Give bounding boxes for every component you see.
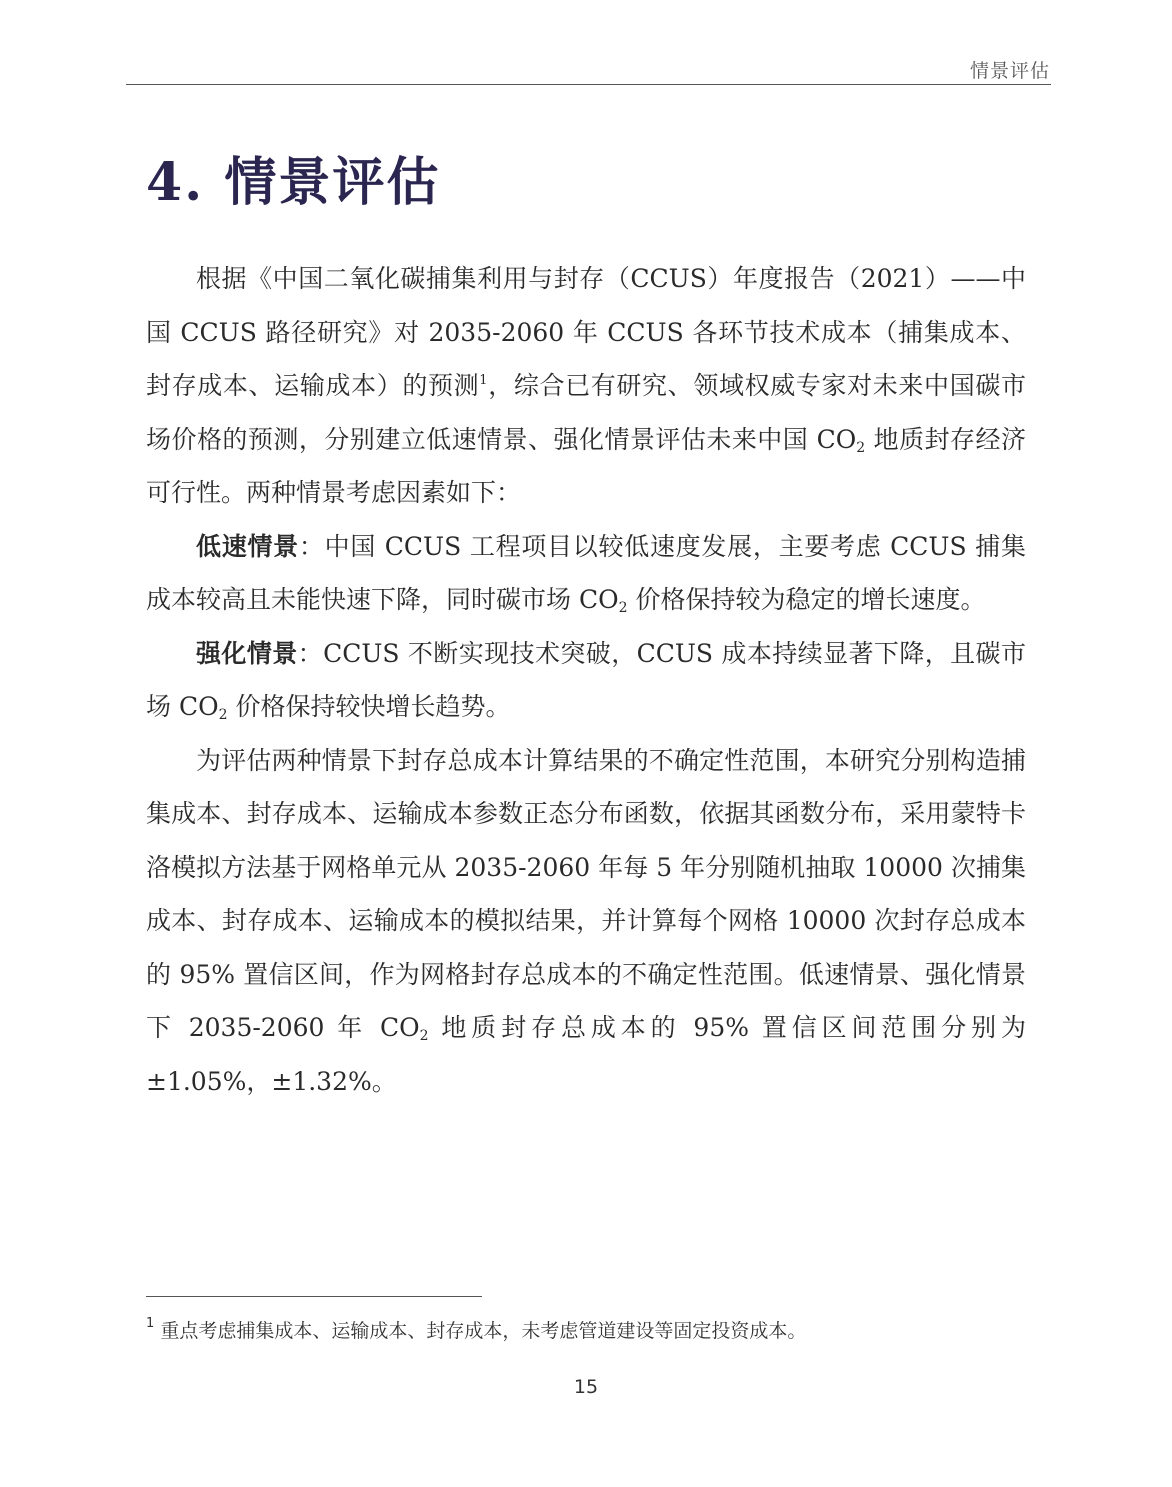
scenario-label: 强化情景 [196,639,298,668]
footnote-ref[interactable]: 1 [479,373,487,388]
paragraph-intro: 根据《中国二氧化碳捕集利用与封存（CCUS）年度报告（2021）——中国 CCU… [146,252,1026,520]
body-text: 根据《中国二氧化碳捕集利用与封存（CCUS）年度报告（2021）——中国 CCU… [146,252,1026,1108]
running-header: 情景评估 [970,56,1050,83]
paragraph-enhanced-scenario: 强化情景：CCUS 不断实现技术突破，CCUS 成本持续显著下降，且碳市场 CO… [146,627,1026,734]
paragraph-low-scenario: 低速情景：中国 CCUS 工程项目以较低速度发展，主要考虑 CCUS 捕集成本较… [146,520,1026,627]
scenario-label: 低速情景 [196,532,299,561]
page-number: 15 [0,1376,1172,1398]
footnote-divider [146,1296,482,1297]
section-title: 4. 情景评估 [146,140,440,215]
header-divider [126,84,1051,85]
paragraph-uncertainty: 为评估两种情景下封存总成本计算结果的不确定性范围，本研究分别构造捕集成本、封存成… [146,734,1026,1109]
footnote: 1 重点考虑捕集成本、运输成本、封存成本，未考虑管道建设等固定投资成本。 [146,1316,806,1343]
